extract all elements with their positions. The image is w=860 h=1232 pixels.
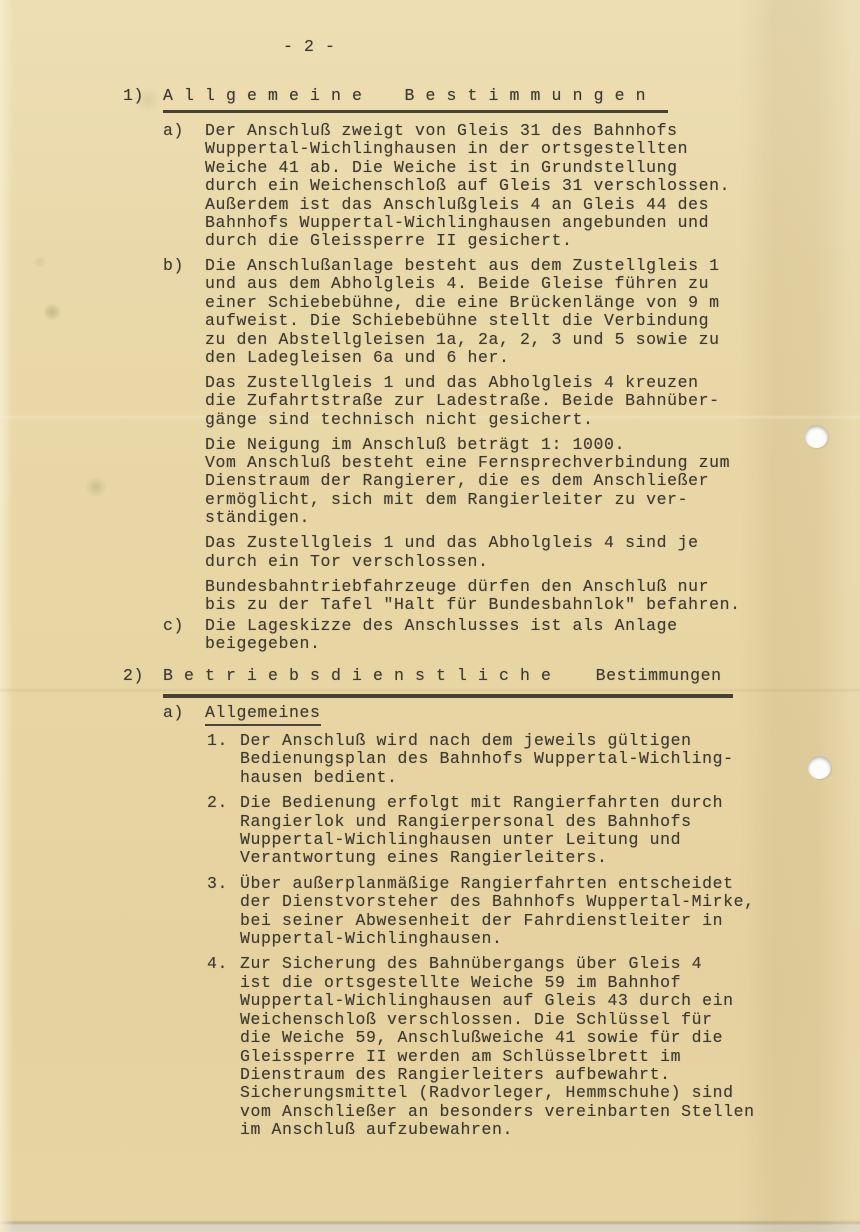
- item-text: Über außerplanmäßige Rangierfahrten ents…: [240, 875, 785, 949]
- paragraph: Das Zustellgleis 1 und das Abholgleis 4 …: [205, 534, 785, 571]
- section-1-item-a: a) Der Anschluß zweigt von Gleis 31 des …: [205, 122, 785, 251]
- item-number: 3.: [207, 875, 228, 893]
- section-1-title: A l l g e m e i n e B e s t i m m u n g …: [163, 86, 646, 105]
- section-1-item-c: c) Die Lageskizze des Anschlusses ist al…: [205, 617, 785, 654]
- paragraph: Die Lageskizze des Anschlusses ist als A…: [205, 617, 785, 654]
- paragraph: Das Zustellgleis 1 und das Abholgleis 4 …: [205, 374, 785, 429]
- paragraph: Bundesbahntriebfahrzeuge dürfen den Ansc…: [205, 578, 785, 615]
- item-number: 1.: [207, 732, 228, 750]
- list-item-4: 4. Zur Sicherung des Bahnübergangs über …: [240, 955, 785, 1139]
- section-2-heading: B e t r i e b s d i e n s t l i c h eBes…: [163, 667, 733, 698]
- item-label-a: a): [163, 122, 184, 140]
- item-number: 4.: [207, 955, 228, 973]
- item-number: 2.: [207, 794, 228, 812]
- numbered-list: 1. Der Anschluß wird nach dem jeweils gü…: [240, 732, 785, 1147]
- section-2-title-spaced: B e t r i e b s d i e n s t l i c h e: [163, 666, 552, 685]
- item-label-c: c): [163, 617, 184, 635]
- list-item-1: 1. Der Anschluß wird nach dem jeweils gü…: [240, 732, 785, 787]
- item-text: Zur Sicherung des Bahnübergangs über Gle…: [240, 955, 785, 1139]
- paragraph: Der Anschluß zweigt von Gleis 31 des Bah…: [205, 122, 785, 251]
- page-number: - 2 -: [283, 38, 336, 56]
- item-label-b: b): [163, 257, 184, 275]
- list-item-2: 2. Die Bedienung erfolgt mit Rangierfahr…: [240, 794, 785, 868]
- punch-hole-top: [805, 425, 828, 448]
- section-2-number: 2): [123, 667, 144, 685]
- section-2-title-plain: Bestimmungen: [596, 666, 722, 685]
- punch-hole-bottom: [808, 756, 831, 779]
- list-item-3: 3. Über außerplanmäßige Rangierfahrten e…: [240, 875, 785, 949]
- paragraph: Die Anschlußanlage besteht aus dem Zuste…: [205, 257, 785, 367]
- subsection-title: Allgemeines: [205, 704, 321, 726]
- item-text: Die Bedienung erfolgt mit Rangierfahrten…: [240, 794, 785, 868]
- section-2-subsection-a: a) Allgemeines: [205, 704, 785, 726]
- scanned-document-page: - 2 - 1) A l l g e m e i n e B e s t i m…: [0, 0, 860, 1232]
- section-1-number: 1): [123, 87, 144, 105]
- subsection-label: a): [163, 704, 184, 722]
- paragraph: Die Neigung im Anschluß beträgt 1: 1000.…: [205, 436, 785, 528]
- section-1-item-b: b) Die Anschlußanlage besteht aus dem Zu…: [205, 257, 785, 614]
- section-1-heading: A l l g e m e i n e B e s t i m m u n g …: [163, 87, 668, 113]
- item-text: Der Anschluß wird nach dem jeweils gülti…: [240, 732, 785, 787]
